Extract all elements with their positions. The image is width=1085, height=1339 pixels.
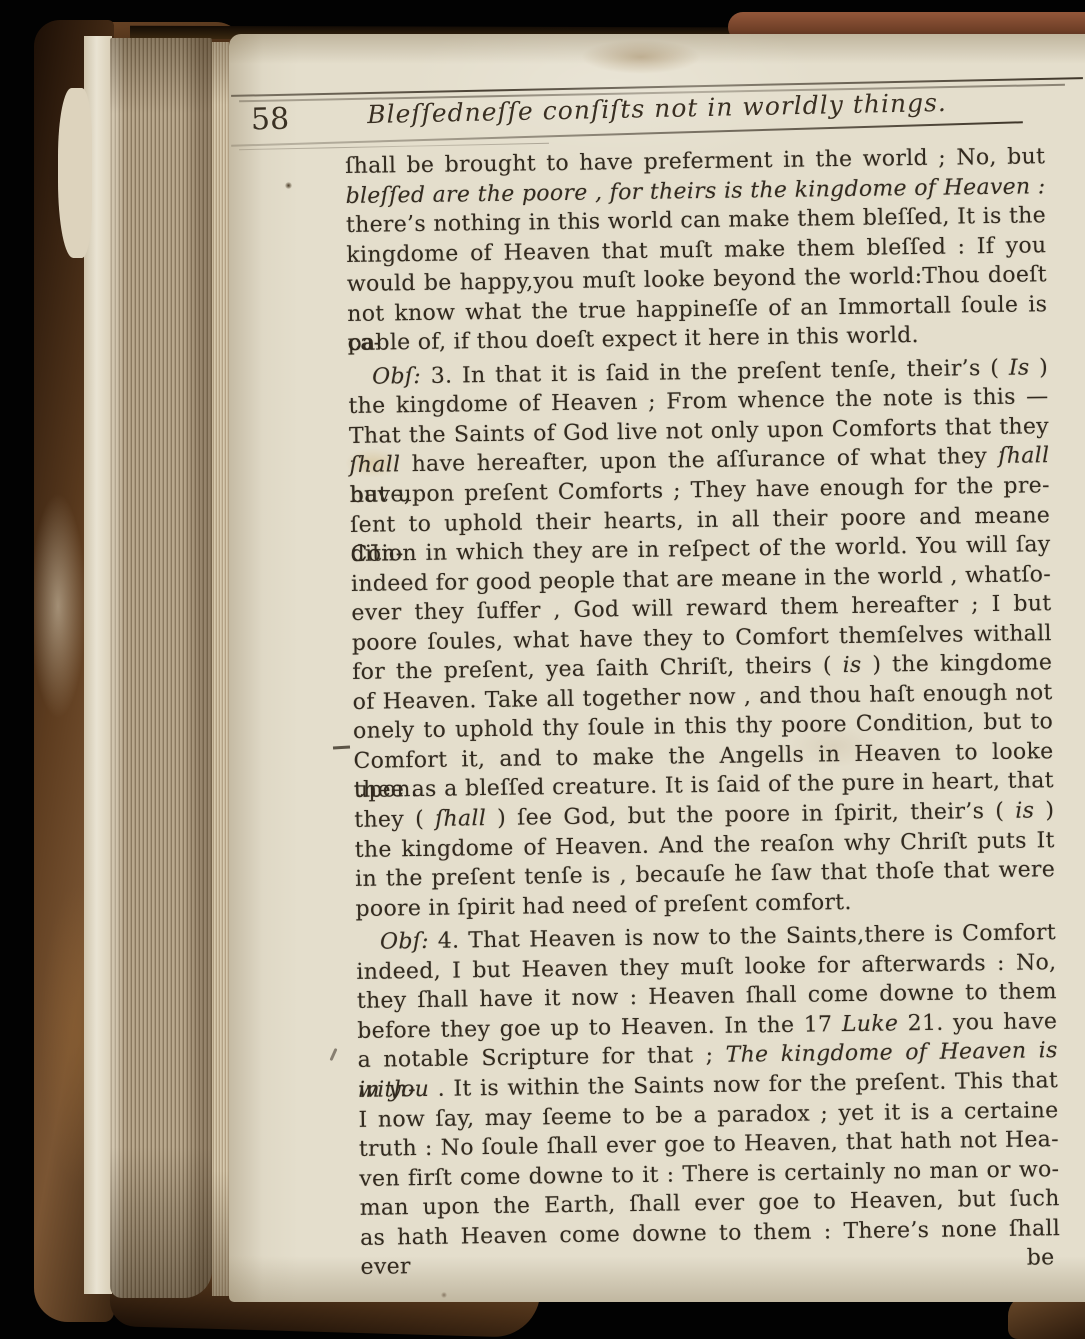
margin-dash-mark <box>333 746 350 750</box>
book-scan: 58 Bleſſedneſſe conſiſts not in worldly … <box>0 0 1085 1339</box>
text-segment: they ( <box>354 807 435 833</box>
italic-text-segment: is <box>1015 798 1034 823</box>
text-segment: before they goe up to Heaven. In the 17 <box>357 1012 842 1044</box>
italic-text-segment: ſhall <box>435 806 486 832</box>
italic-text-segment: Is <box>1009 355 1030 380</box>
italic-text-segment: Obſ: <box>380 929 438 955</box>
paragraph: ſhall be brought to have preferment in t… <box>345 142 1048 359</box>
text-segment: poore in ſpirit had need of preſent comf… <box>355 890 851 922</box>
text-segment: ) <box>1034 798 1054 823</box>
text-segment: ) ſee God, but the poore in ſpirit, thei… <box>486 799 1016 831</box>
italic-text-segment: Obſ: <box>372 364 431 390</box>
italic-text-segment: in you <box>358 1077 429 1103</box>
ink-speck <box>441 1292 447 1298</box>
paragraph: Obſ: 4. That Heaven is now to the Saints… <box>356 918 1060 1253</box>
italic-text-segment: ſhall <box>998 444 1049 470</box>
text-block: ſhall be brought to have preferment in t… <box>345 142 1061 1283</box>
paper-edge-chip <box>58 88 92 258</box>
paragraph: Obſ: 3. In that it is ſaid in the preſen… <box>348 353 1056 924</box>
text-segment: ) the kingdome <box>861 650 1052 678</box>
page-stack-fore-edge <box>110 38 212 1298</box>
text-segment: pable of, if thou doeſt expect it here i… <box>348 323 920 356</box>
italic-text-segment: ſhall <box>349 453 400 479</box>
book-page: 58 Bleſſedneſſe conſiſts not in worldly … <box>229 34 1085 1302</box>
italic-text-segment: Luke <box>842 1011 899 1037</box>
text-segment: a notable Scripture for that ; <box>358 1043 726 1073</box>
margin-pen-mark <box>329 1048 337 1061</box>
text-segment: 21. you have <box>898 1009 1057 1036</box>
foxing-stain <box>581 40 701 74</box>
italic-text-segment: is <box>842 653 861 678</box>
page-stack-inner-edge <box>212 42 229 1296</box>
ink-speck <box>285 182 292 189</box>
text-segment: ) <box>1029 355 1048 380</box>
text-segment: for the preſent, yea ſaith Chriſt, their… <box>352 653 843 685</box>
